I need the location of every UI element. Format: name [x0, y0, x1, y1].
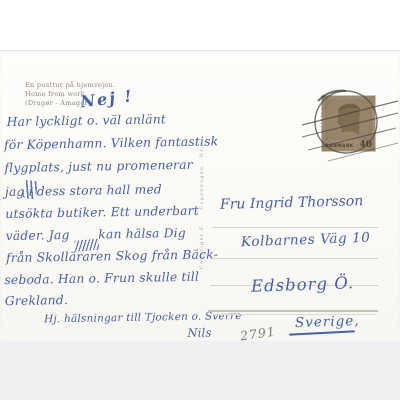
- address-rule-line: [208, 310, 378, 312]
- postcard-photo[interactable]: En pusttur på hjemvejen. Home from work.…: [0, 0, 400, 400]
- message-line: Grekland.: [5, 293, 68, 308]
- ink-blot: [23, 180, 38, 199]
- address-country: Sverige,: [295, 313, 360, 331]
- address-rule-line: [212, 227, 378, 228]
- address-street: Kolbarnes Väg 10: [241, 230, 371, 251]
- address-city: Edsborg Ö.: [251, 273, 355, 296]
- message-line: för Köpenhamn. Vilken fantastisk: [4, 134, 218, 152]
- message-line: seboda. Han o. Frun skulle till: [4, 270, 199, 287]
- address-recipient-name: Fru Ingrid Thorsson: [220, 193, 364, 213]
- address-rule-line: [212, 258, 378, 259]
- photo-top-margin: [0, 0, 400, 50]
- message-line: Har lyckligt o. väl anlänt: [7, 112, 167, 129]
- postmark-cancellation: [298, 79, 400, 175]
- postcard-back: En pusttur på hjemvejen. Home from work.…: [0, 50, 400, 343]
- photo-bottom-margin: [0, 341, 400, 400]
- message-line: flygplats, just nu promenerar: [4, 158, 193, 175]
- message-greeting-line: Hj. hälsningar till Tjocken o. Sverre: [44, 310, 242, 325]
- message-line: utsökta butiker. Ett underbart: [5, 204, 199, 221]
- handwritten-message: Nej ! Har lyckligt o. väl anlänt för Köp…: [0, 49, 253, 344]
- message-line: från Skolläraren Skog från Bäck-: [6, 247, 218, 265]
- message-signature: Nils: [187, 326, 211, 340]
- handwritten-exclamation: Nej !: [79, 86, 134, 111]
- address-country-underline: [289, 330, 355, 335]
